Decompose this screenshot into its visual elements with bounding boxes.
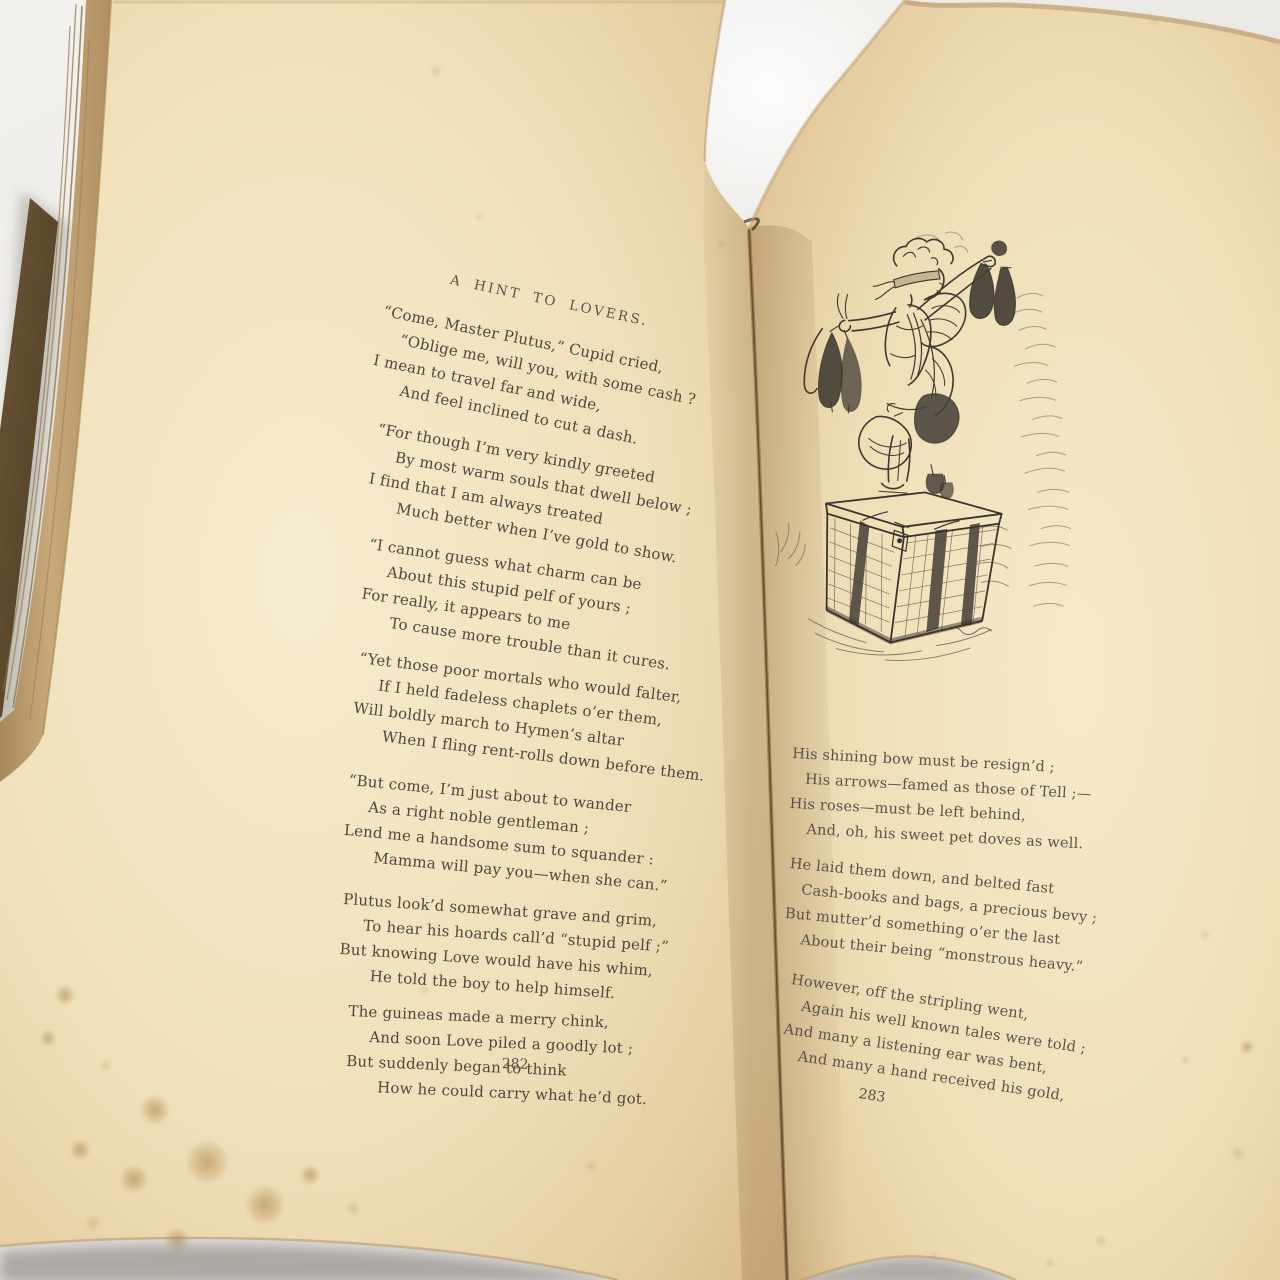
page-number-left: 282	[501, 1056, 528, 1073]
foxing-spot	[245, 1185, 285, 1225]
cupid-illustration	[765, 215, 1106, 686]
foxing-spot	[1240, 1040, 1254, 1054]
foxing-spot	[120, 1165, 148, 1193]
foxing-spot	[345, 1200, 361, 1216]
foxing-spot	[165, 1228, 189, 1252]
foxing-spot	[718, 240, 726, 248]
artist-signature	[945, 625, 991, 636]
foxing-spot	[430, 65, 442, 77]
foxing-spot	[140, 1095, 170, 1125]
foxing-spot	[70, 1140, 90, 1160]
foxing-spot	[475, 212, 484, 221]
waist-pouches	[855, 316, 965, 498]
blindfold	[893, 268, 940, 291]
foxing-spot	[100, 1060, 112, 1072]
foxing-spot	[85, 1215, 101, 1231]
money-chest	[817, 486, 1003, 652]
raised-arm-money-bags	[917, 236, 1019, 326]
foxing-spot	[1095, 1235, 1107, 1247]
stanza: The guineas made a merry chink,And soon …	[345, 999, 651, 1112]
foxing-spot	[1150, 18, 1158, 26]
photo-background: A HINT TO LOVERS. “Come, Master Plutus,”…	[0, 0, 1280, 1280]
foxing-spot	[40, 1030, 56, 1046]
foxing-spot	[1180, 1055, 1190, 1065]
foxing-spot	[1045, 1258, 1055, 1268]
foxing-spot	[1230, 1145, 1246, 1161]
foxing-spot	[55, 985, 75, 1005]
foxing-spot	[1200, 930, 1210, 940]
stanza: His shining bow must be resign’d ;His ar…	[788, 742, 1094, 858]
foxing-spot	[930, 1252, 938, 1260]
foxing-spot	[185, 1140, 229, 1184]
cupid-figure	[797, 228, 1020, 501]
foxing-spot	[300, 1165, 320, 1185]
foxing-spot	[585, 1160, 597, 1172]
